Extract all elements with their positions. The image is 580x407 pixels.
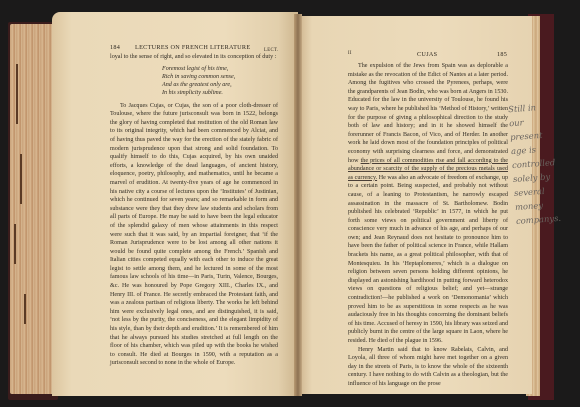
left-running-head: LECTURES ON FRENCH LITERATURE — [135, 44, 250, 51]
right-page-number: 185 — [497, 51, 507, 58]
right-paragraph-2: Henry Martin said that to know Rabelais,… — [348, 346, 508, 389]
right-page-body: The expulsion of the Jews from Spain was… — [348, 62, 508, 389]
book-gutter — [294, 14, 302, 396]
poem-line: In his simplicity sublime. — [162, 89, 278, 97]
paragraph-text: The expulsion of the Jews from Spain was… — [348, 63, 508, 164]
handwritten-margin-note: Still in our present age is controlled s… — [508, 98, 577, 228]
page-edges-left — [10, 24, 56, 394]
paragraph-text: He was also an advocate of freedom of ex… — [348, 175, 508, 344]
left-page-number: 184 — [110, 44, 120, 51]
left-opening-text: loyal to the sense of right, and so elev… — [110, 53, 278, 62]
poem-line: And as the greatest only are, — [162, 81, 278, 89]
right-running-head: CUJAS — [417, 51, 437, 58]
poem-stanza: Foremost legist of his time, Rich in sav… — [162, 65, 278, 97]
left-paragraph: To Jacques Cujas, or Cujas, the son of a… — [110, 102, 278, 368]
right-section-mark: II — [348, 51, 352, 56]
open-book: 184 LECTURES ON FRENCH LITERATURE LECT. … — [0, 0, 580, 407]
poem-line: Rich in saving common sense, — [162, 73, 278, 81]
note-line: companys. — [515, 210, 576, 228]
poem-line: Foremost legist of his time, — [162, 65, 278, 73]
left-page-body: loyal to the sense of right, and so elev… — [110, 53, 278, 368]
right-paragraph-1: The expulsion of the Jews from Spain was… — [348, 62, 508, 346]
